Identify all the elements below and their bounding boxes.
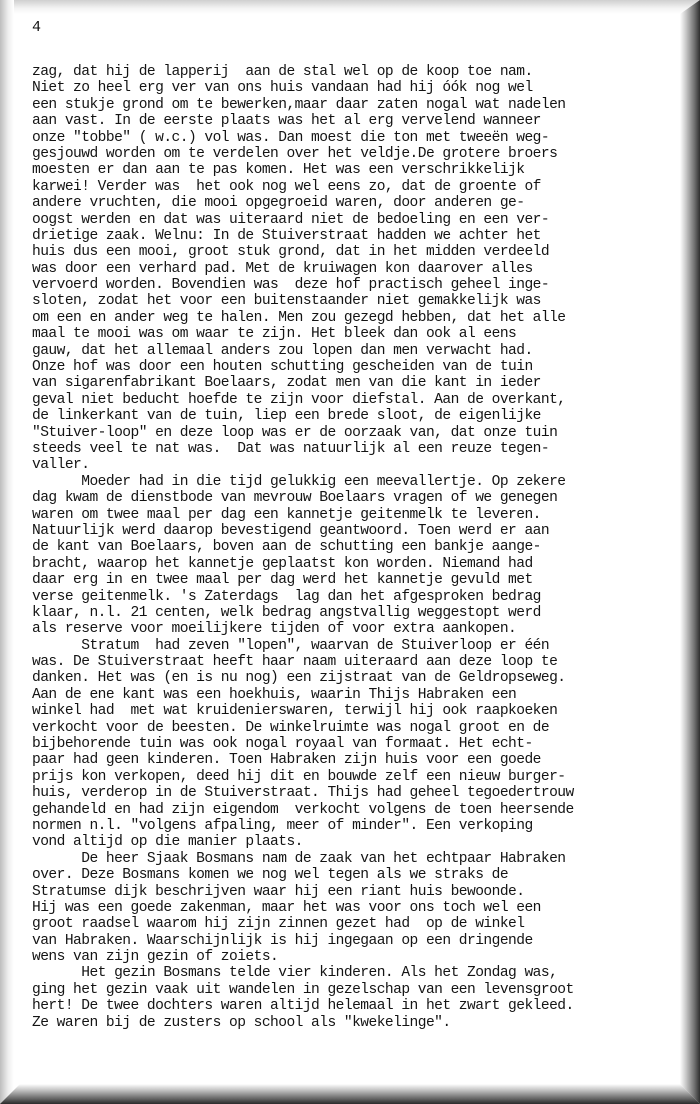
text-line: verkocht voor de beesten. De winkelruimt… xyxy=(32,720,672,736)
text-line: maal te mooi was om waar te zijn. Het bl… xyxy=(32,326,672,342)
text-line: om een en ander weg te halen. Men zou ge… xyxy=(32,310,672,326)
text-line: Onze hof was door een houten schutting g… xyxy=(32,359,672,375)
text-line: geval niet beducht hoefde te zijn voor d… xyxy=(32,392,672,408)
text-line: waren om twee maal per dag een kannetje … xyxy=(32,507,672,523)
text-line: de linkerkant van de tuin, liep een bred… xyxy=(32,408,672,424)
text-line: karwei! Verder was het ook nog wel eens … xyxy=(32,179,672,195)
text-line: Moeder had in die tijd gelukkig een meev… xyxy=(32,474,672,490)
text-line: daar erg in en twee maal per dag werd he… xyxy=(32,572,672,588)
text-line: wens van zijn gezin of zoiets. xyxy=(32,949,672,965)
text-line: gehandeld en had zijn eigendom verkocht … xyxy=(32,802,672,818)
page-frame: 4 zag, dat hij de lapperij aan de stal w… xyxy=(0,0,700,1104)
text-line: huis dus een mooi, groot stuk grond, dat… xyxy=(32,244,672,260)
text-line: hert! De twee dochters waren altijd hele… xyxy=(32,998,672,1014)
text-line: ging het gezin vaak uit wandelen in geze… xyxy=(32,982,672,998)
text-line: vervoerd worden. Bovendien was deze hof … xyxy=(32,277,672,293)
text-line: De heer Sjaak Bosmans nam de zaak van he… xyxy=(32,851,672,867)
frame-bevel-right xyxy=(680,0,700,1104)
text-line: Ze waren bij de zusters op school als "k… xyxy=(32,1015,672,1031)
text-line: aan vast. In de eerste plaats was het al… xyxy=(32,113,672,129)
text-line: paar had geen kinderen. Toen Habraken zi… xyxy=(32,752,672,768)
text-line: bijbehorende tuin was ook nogal royaal v… xyxy=(32,736,672,752)
frame-bevel-bottom xyxy=(0,1084,700,1104)
text-line: de kant van Boelaars, boven aan de schut… xyxy=(32,539,672,555)
text-line: onze "tobbe" ( w.c.) vol was. Dan moest … xyxy=(32,130,672,146)
text-line: Natuurlijk werd daarop bevestigend geant… xyxy=(32,523,672,539)
text-line: Niet zo heel erg ver van ons huis vandaa… xyxy=(32,80,672,96)
text-line: Aan de ene kant was een hoekhuis, waarin… xyxy=(32,687,672,703)
text-line: drietige zaak. Welnu: In de Stuiverstraa… xyxy=(32,228,672,244)
text-line: Het gezin Bosmans telde vier kinderen. A… xyxy=(32,965,672,981)
page-number: 4 xyxy=(32,19,41,36)
text-line: sloten, zodat het voor een buitenstaande… xyxy=(32,293,672,309)
text-line: zag, dat hij de lapperij aan de stal wel… xyxy=(32,64,672,80)
text-line: van sigarenfabrikant Boelaars, zodat men… xyxy=(32,375,672,391)
text-line: winkel had met wat kruidenierswaren, ter… xyxy=(32,703,672,719)
text-line: verse geitenmelk. 's Zaterdags lag dan h… xyxy=(32,589,672,605)
text-line: Stratum had zeven "lopen", waarvan de St… xyxy=(32,638,672,654)
text-line: over. Deze Bosmans komen we nog wel tege… xyxy=(32,867,672,883)
typewritten-body-text: zag, dat hij de lapperij aan de stal wel… xyxy=(32,64,672,1031)
text-line: gauw, dat het allemaal anders zou lopen … xyxy=(32,343,672,359)
text-line: een stukje grond om te bewerken,maar daa… xyxy=(32,97,672,113)
text-line: Hij was een goede zakenman, maar het was… xyxy=(32,900,672,916)
frame-bevel-left xyxy=(0,0,14,1104)
text-line: groot raadsel waarom hij zijn zinnen gez… xyxy=(32,916,672,932)
frame-bevel-top xyxy=(0,0,700,14)
text-line: "Stuiver-loop" en deze loop was er de oo… xyxy=(32,425,672,441)
text-line: klaar, n.l. 21 centen, welk bedrag angst… xyxy=(32,605,672,621)
text-line: was door een verhard pad. Met de kruiwag… xyxy=(32,261,672,277)
text-line: danken. Het was (en is nu nog) een zijst… xyxy=(32,670,672,686)
text-line: vond altijd op die manier plaats. xyxy=(32,834,672,850)
text-line: Stratumse dijk beschrijven waar hij een … xyxy=(32,884,672,900)
text-line: steeds veel te nat was. Dat was natuurli… xyxy=(32,441,672,457)
text-line: gesjouwd worden om te verdelen over het … xyxy=(32,146,672,162)
text-line: van Habraken. Waarschijnlijk is hij inge… xyxy=(32,933,672,949)
text-line: prijs kon verkopen, deed hij dit en bouw… xyxy=(32,769,672,785)
text-line: normen n.l. "volgens afpaling, meer of m… xyxy=(32,818,672,834)
text-line: andere vruchten, die mooi opgegroeid war… xyxy=(32,195,672,211)
text-line: bracht, waarop het kannetje geplaatst ko… xyxy=(32,556,672,572)
text-line: oogst werden en dat was uiteraard niet d… xyxy=(32,212,672,228)
text-line: als reserve voor moeilijkere tijden of v… xyxy=(32,621,672,637)
text-line: dag kwam de dienstbode van mevrouw Boela… xyxy=(32,490,672,506)
text-line: moesten er dan aan te pas komen. Het was… xyxy=(32,162,672,178)
text-line: huis, verderop in de Stuiverstraat. Thij… xyxy=(32,785,672,801)
text-line: valler. xyxy=(32,457,672,473)
text-line: was. De Stuiverstraat heeft haar naam ui… xyxy=(32,654,672,670)
